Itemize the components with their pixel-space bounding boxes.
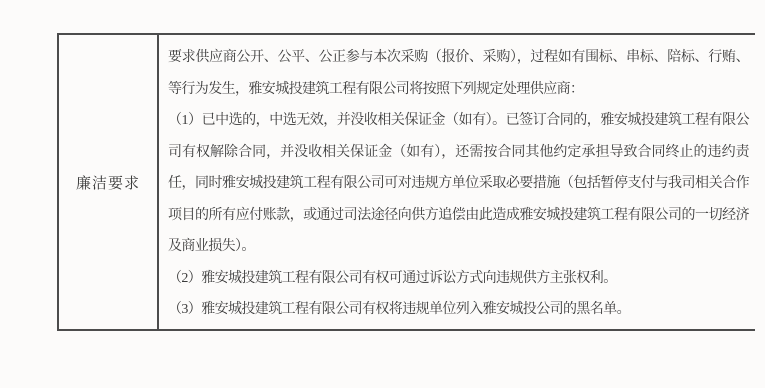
paragraph-clause-3: （3）雅安城投建筑工程有限公司有权将违规单位列入雅安城投公司的黑名单。 <box>168 294 749 326</box>
row-content-cell: 要求供应商公开、公平、公正参与本次采购（报价、采购），过程如有围标、串标、陪标、… <box>159 35 755 329</box>
row-header-cell: 廉洁要求 <box>59 35 159 329</box>
paragraph-clause-2: （2）雅安城投建筑工程有限公司有权可通过诉讼方式向违规供方主张权利。 <box>168 263 749 295</box>
paragraph-intro: 要求供应商公开、公平、公正参与本次采购（报价、采购），过程如有围标、串标、陪标、… <box>168 42 749 105</box>
paragraph-clause-1: （1）已中选的，中选无效，并没收相关保证金（如有）。已签订合同的，雅安城投建筑工… <box>168 105 749 263</box>
document-page: 廉洁要求 要求供应商公开、公平、公正参与本次采购（报价、采购），过程如有围标、串… <box>0 0 765 388</box>
integrity-requirements-table: 廉洁要求 要求供应商公开、公平、公正参与本次采购（报价、采购），过程如有围标、串… <box>57 33 755 331</box>
row-header-label: 廉洁要求 <box>76 172 140 193</box>
